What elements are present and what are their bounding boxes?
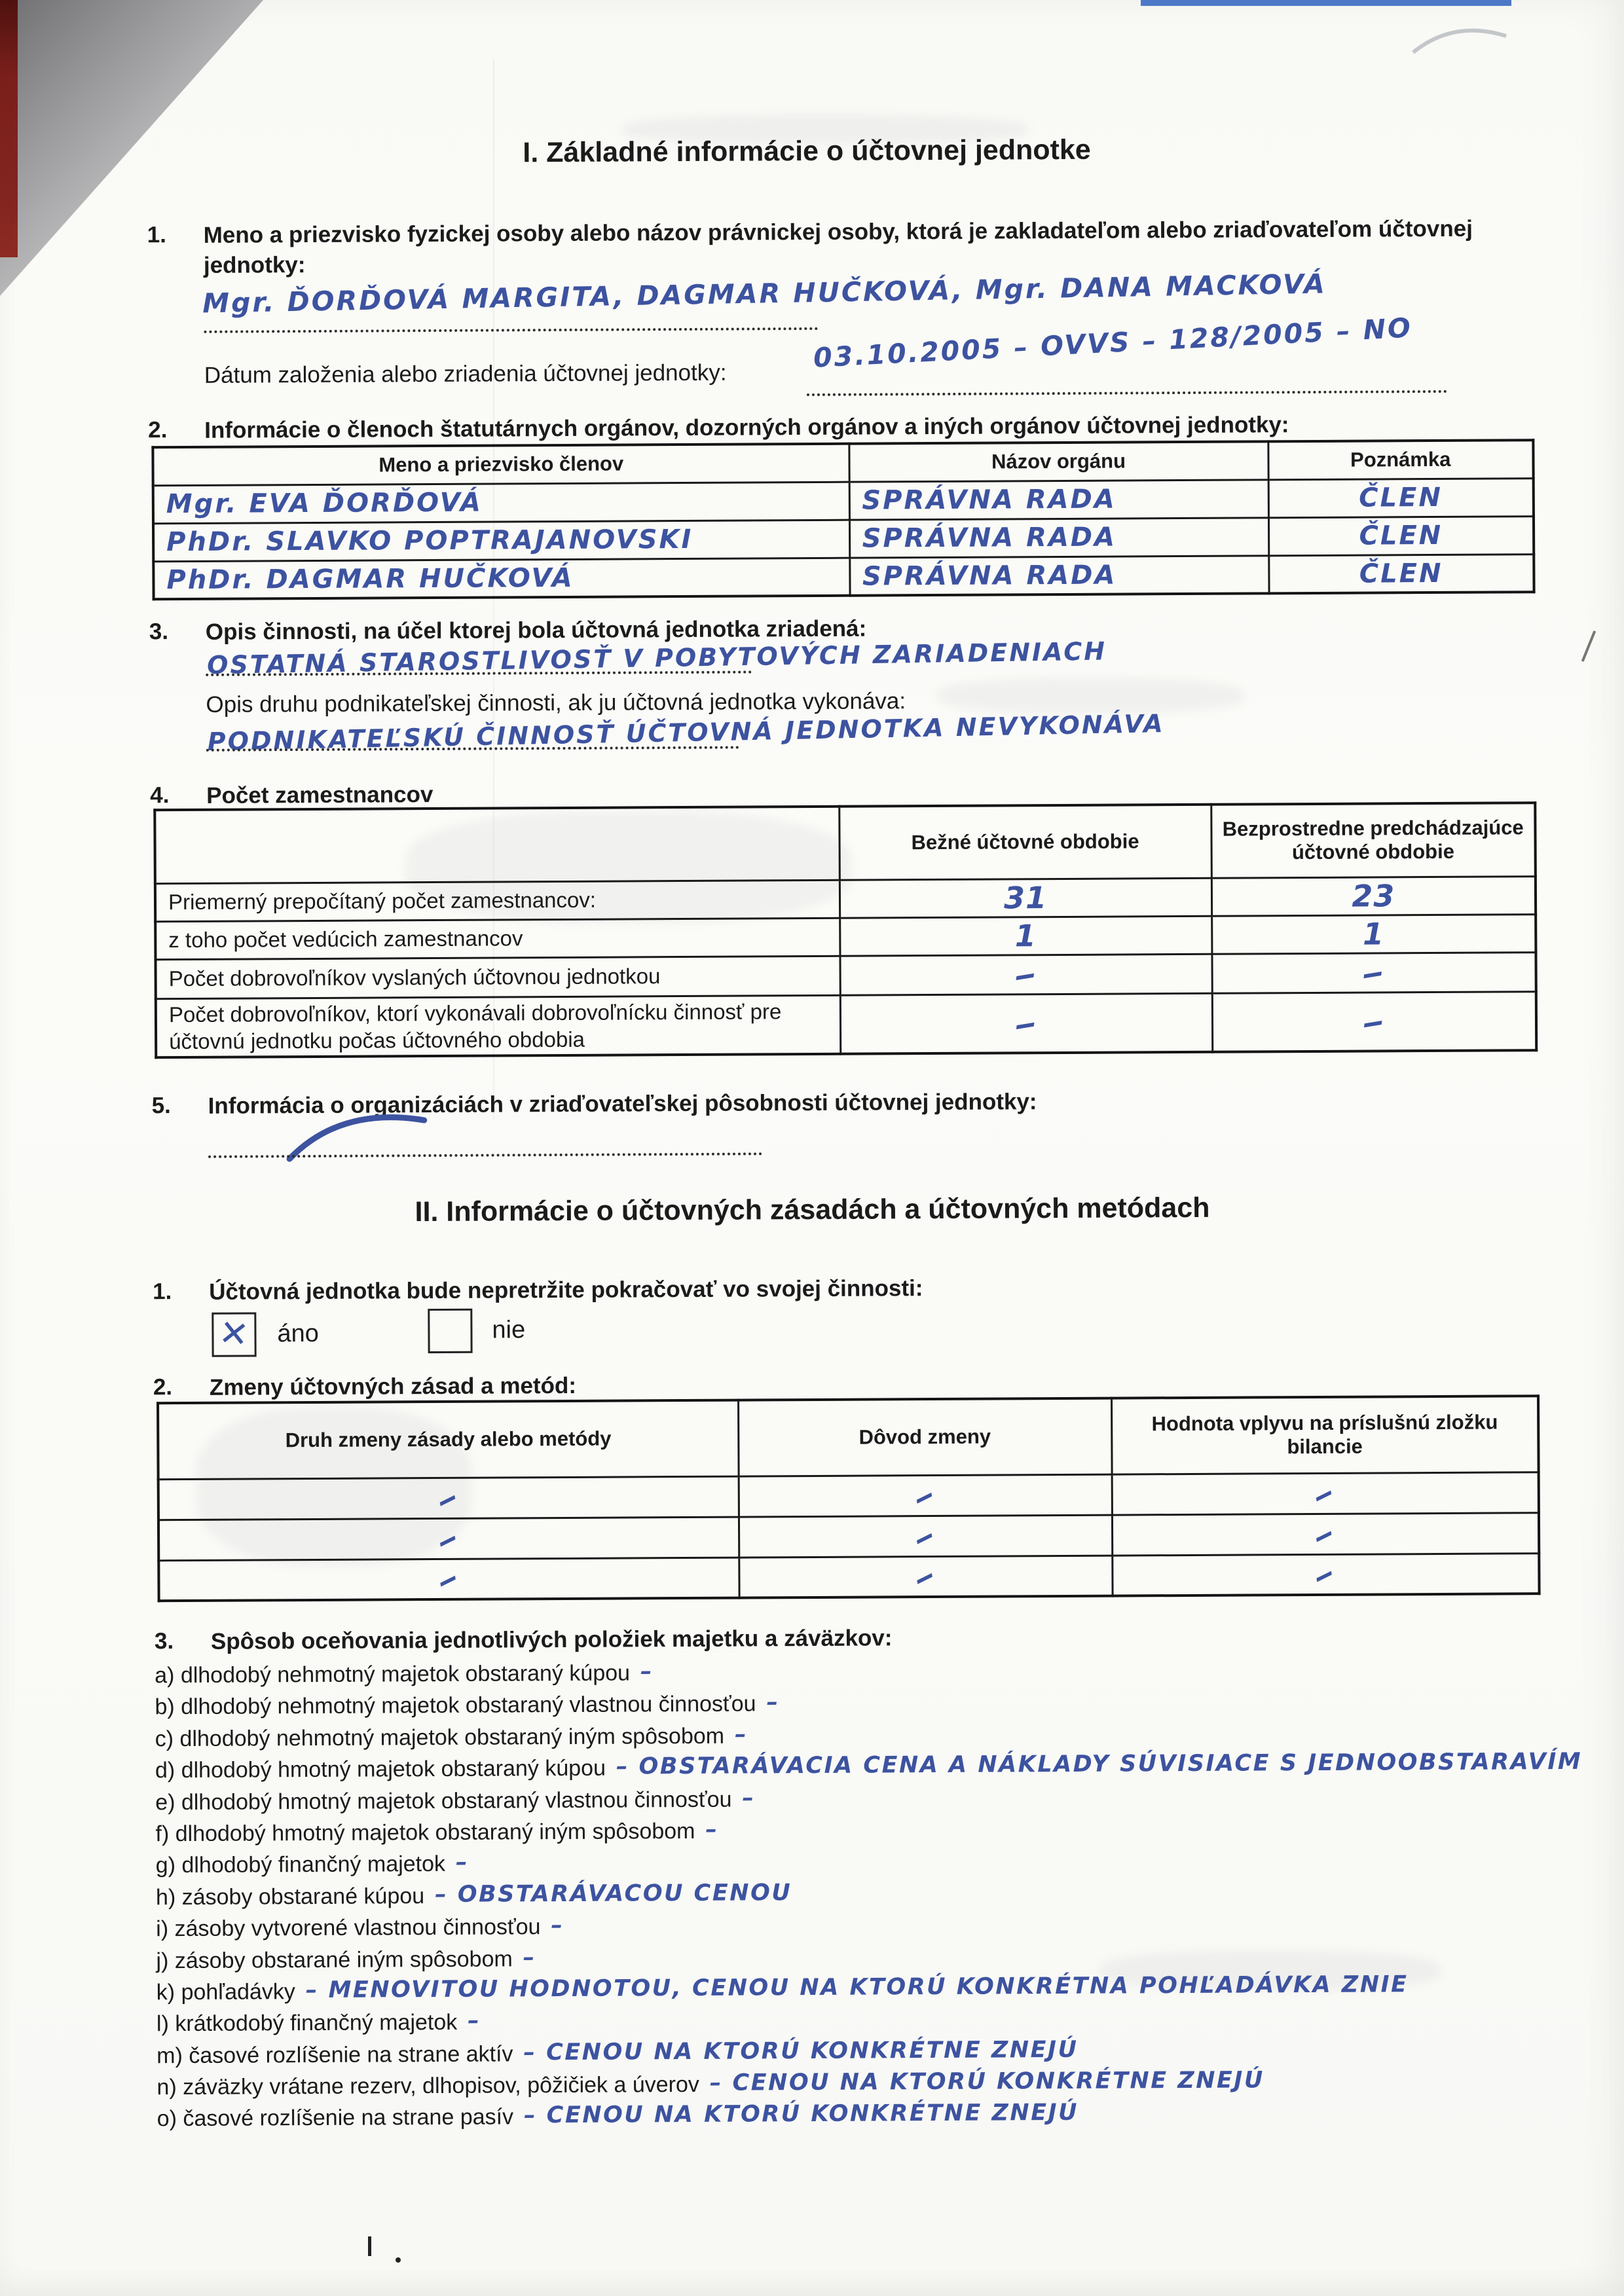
change-reason-cell: –	[739, 1474, 1112, 1517]
change-value-cell: –	[1112, 1553, 1539, 1595]
dash-mark: –	[907, 1475, 943, 1516]
item-text: j) zásoby obstarané iným spôsobom	[156, 1946, 512, 1973]
item-handwritten-value: –	[735, 1721, 748, 1747]
item-text: h) zásoby obstarané kúpou	[156, 1884, 424, 1910]
changes-table: Druh zmeny zásady alebo metódy Dôvod zme…	[157, 1394, 1541, 1602]
part2-item2-label: Zmeny účtovných zásad a metód:	[210, 1371, 576, 1403]
item-handwritten-value: – OBSTARÁVACIA CENA A NÁKLADY SÚVISIACE …	[616, 1749, 1582, 1780]
col-header-current-period: Bežné účtovné obdobie	[839, 805, 1211, 880]
dash-mark: –	[1359, 1002, 1388, 1041]
value-previous: –	[1212, 991, 1536, 1052]
dash-mark: –	[431, 1518, 467, 1559]
part2-item1-number: 1.	[153, 1279, 172, 1305]
value-current: –	[840, 954, 1211, 995]
table-header-row: Druh zmeny zásady alebo metódy Dôvod zme…	[158, 1396, 1539, 1479]
checkbox-yes-label: áno	[277, 1320, 319, 1348]
table-row: – – –	[158, 1553, 1539, 1601]
checkbox-no-label: nie	[492, 1316, 525, 1344]
change-value-cell: –	[1112, 1472, 1539, 1514]
item1-number: 1.	[147, 222, 166, 248]
change-reason-cell: –	[739, 1515, 1112, 1558]
table-row: Počet dobrovoľníkov, ktorí vykonávali do…	[156, 991, 1536, 1057]
table-row: Počet dobrovoľníkov vyslaných účtovnou j…	[155, 952, 1536, 998]
part2-title: II. Informácie o účtovných zásadách a úč…	[131, 1191, 1493, 1230]
col-header-change-reason: Dôvod zmeny	[738, 1398, 1112, 1476]
dash-mark: –	[431, 1559, 467, 1599]
item5-number: 5.	[152, 1093, 171, 1119]
item-text: a) dlhodobý nehmotný majetok obstaraný k…	[155, 1660, 630, 1688]
col-header-member-name: Meno a priezvisko členov	[153, 444, 849, 486]
row-label: Počet dobrovoľníkov, ktorí vykonávali do…	[156, 995, 840, 1057]
value-previous: 1	[1211, 914, 1536, 954]
col-header-change-value: Hodnota vplyvu na príslušnú zložku bilan…	[1111, 1396, 1539, 1474]
valuation-item-o: o) časové rozlíšenie na strane pasív– CE…	[157, 2098, 1624, 2138]
item-handwritten-value: – CENOU NA KTORÚ KONKRÉTNE ZNEJÚ	[523, 2037, 1078, 2066]
value-previous: 23	[1211, 876, 1536, 916]
item-text: l) krátkodobý finančný majetok	[157, 2010, 457, 2036]
dash-mark: –	[1307, 1473, 1343, 1514]
item-handwritten-value: –	[551, 1912, 564, 1939]
founding-date-label: Dátum založenia alebo zriadenia účtovnej…	[204, 360, 727, 389]
row-label: Priemerný prepočítaný počet zamestnancov…	[155, 880, 840, 921]
item4-number: 4.	[150, 782, 169, 809]
member-note: ČLEN	[1268, 554, 1534, 593]
item-text: b) dlhodobý nehmotný majetok obstaraný v…	[155, 1692, 756, 1720]
item-handwritten-value: –	[766, 1690, 779, 1716]
value-current: –	[840, 993, 1212, 1054]
checkbox-x-mark: ✕	[217, 1313, 251, 1355]
item-handwritten-value: – CENOU NA KTORÚ KONKRÉTNE ZNEJÚ	[524, 2100, 1079, 2128]
col-header-change-type: Druh zmeny zásady alebo metódy	[158, 1400, 739, 1480]
item-text: e) dlhodobý hmotný majetok obstaraný vla…	[155, 1787, 731, 1815]
dash-mark: –	[908, 1556, 944, 1597]
row-label: Počet dobrovoľníkov vyslaných účtovnou j…	[155, 956, 840, 998]
board-members-table: Meno a priezvisko členov Názov orgánu Po…	[151, 439, 1535, 600]
item-text: k) pohľadávky	[157, 1979, 295, 2005]
change-value-cell: –	[1112, 1512, 1539, 1555]
row-label: z toho počet vedúcich zamestnancov	[155, 918, 840, 959]
item-text: n) záväzky vrátane rezerv, dlhopisov, pô…	[157, 2072, 699, 2100]
change-reason-cell: –	[739, 1556, 1112, 1598]
part2-item3-number: 3.	[155, 1628, 174, 1654]
member-organ: SPRÁVNA RADA	[849, 517, 1268, 557]
col-header-previous-period: Bezprostredne predchádzajúce účtovné obd…	[1211, 803, 1536, 878]
part2-item3-label: Spôsob oceňovania jednotlivých položiek …	[211, 1620, 1547, 1657]
member-name: PhDr. DAGMAR HUČKOVÁ	[153, 558, 849, 600]
item-handwritten-value: –	[742, 1785, 755, 1811]
part2-item2-number: 2.	[153, 1374, 172, 1400]
item-text: c) dlhodobý nehmotný majetok obstaraný i…	[155, 1723, 725, 1751]
dash-mark: –	[1011, 955, 1040, 994]
item-handwritten-value: – MENOVITOU HODNOTOU, CENOU NA KTORÚ KON…	[306, 1971, 1409, 2003]
value-current: 1	[840, 916, 1211, 956]
dash-mark: –	[1012, 1004, 1041, 1042]
change-type-cell: –	[158, 1476, 739, 1520]
col-header-empty	[155, 807, 840, 883]
valuation-items-list: a) dlhodobý nehmotný majetok obstaraný k…	[155, 1655, 1624, 2138]
value-previous: –	[1211, 952, 1536, 993]
founding-date-dotted-line	[807, 390, 1447, 396]
business-activity-label: Opis druhu podnikateľskej činnosti, ak j…	[206, 685, 1541, 718]
table-row: – – –	[158, 1512, 1539, 1560]
dash-mark: –	[908, 1516, 944, 1556]
member-name: Mgr. EVA ĎORĎOVÁ	[153, 482, 849, 524]
item-text: f) dlhodobý hmotný majetok obstaraný iný…	[155, 1819, 695, 1846]
scanned-form-page: I. Základné informácie o účtovnej jednot…	[0, 0, 1624, 2296]
item-handwritten-value: –	[468, 2008, 481, 2034]
member-name: PhDr. SLAVKO POPTRAJANOVSKI	[153, 520, 849, 562]
change-type-cell: –	[158, 1517, 739, 1561]
employees-table: Bežné účtovné obdobie Bezprostredne pred…	[153, 801, 1538, 1059]
item-text: g) dlhodobý finančný majetok	[156, 1851, 445, 1878]
dash-mark: –	[1359, 953, 1388, 992]
member-organ: SPRÁVNA RADA	[849, 479, 1268, 519]
dash-mark: –	[430, 1478, 466, 1518]
item-text: o) časové rozlíšenie na strane pasív	[157, 2105, 513, 2132]
checkbox-yes: ✕	[212, 1312, 256, 1357]
item-handwritten-value: –	[456, 1850, 469, 1876]
part1-title: I. Základné informácie o účtovnej jednot…	[126, 132, 1488, 172]
item3-number: 3.	[149, 619, 168, 645]
table-row: – – –	[158, 1472, 1539, 1520]
founder-dotted-line	[204, 327, 818, 333]
change-type-cell: –	[158, 1558, 739, 1601]
checkbox-no	[428, 1309, 472, 1353]
item2-number: 2.	[148, 417, 167, 443]
dash-mark: –	[1307, 1514, 1343, 1554]
table-header-row: Bežné účtovné obdobie Bezprostredne pred…	[155, 803, 1536, 883]
item-text: d) dlhodobý hmotný majetok obstaraný kúp…	[155, 1756, 606, 1783]
founding-date-handwritten: 03.10.2005 – OVVS – 128/2005 – NO	[813, 312, 1413, 373]
table-row: PhDr. DAGMAR HUČKOVÁ SPRÁVNA RADA ČLEN	[153, 554, 1534, 599]
item4-label: Počet zamestnancov	[206, 780, 433, 811]
part2-item1-label: Účtovná jednotka bude nepretržite pokrač…	[209, 1270, 1545, 1307]
item-handwritten-value: – OBSTARÁVACOU CENOU	[435, 1880, 792, 1908]
item-handwritten-value: –	[640, 1658, 654, 1685]
member-note: ČLEN	[1268, 478, 1534, 517]
col-header-organ: Názov orgánu	[849, 441, 1268, 481]
member-note: ČLEN	[1268, 516, 1534, 555]
item-text: i) zásoby vytvorené vlastnou činnosťou	[156, 1914, 540, 1941]
item-handwritten-value: – CENOU NA KTORÚ KONKRÉTNE ZNEJÚ	[710, 2067, 1264, 2096]
member-organ: SPRÁVNA RADA	[849, 555, 1268, 595]
item-handwritten-value: –	[705, 1817, 718, 1843]
item-handwritten-value: –	[523, 1944, 536, 1971]
item-text: m) časové rozlíšenie na strane aktív	[157, 2041, 513, 2068]
col-header-note: Poznámka	[1268, 440, 1533, 479]
value-current: 31	[840, 878, 1211, 918]
dash-mark: –	[1308, 1554, 1344, 1595]
